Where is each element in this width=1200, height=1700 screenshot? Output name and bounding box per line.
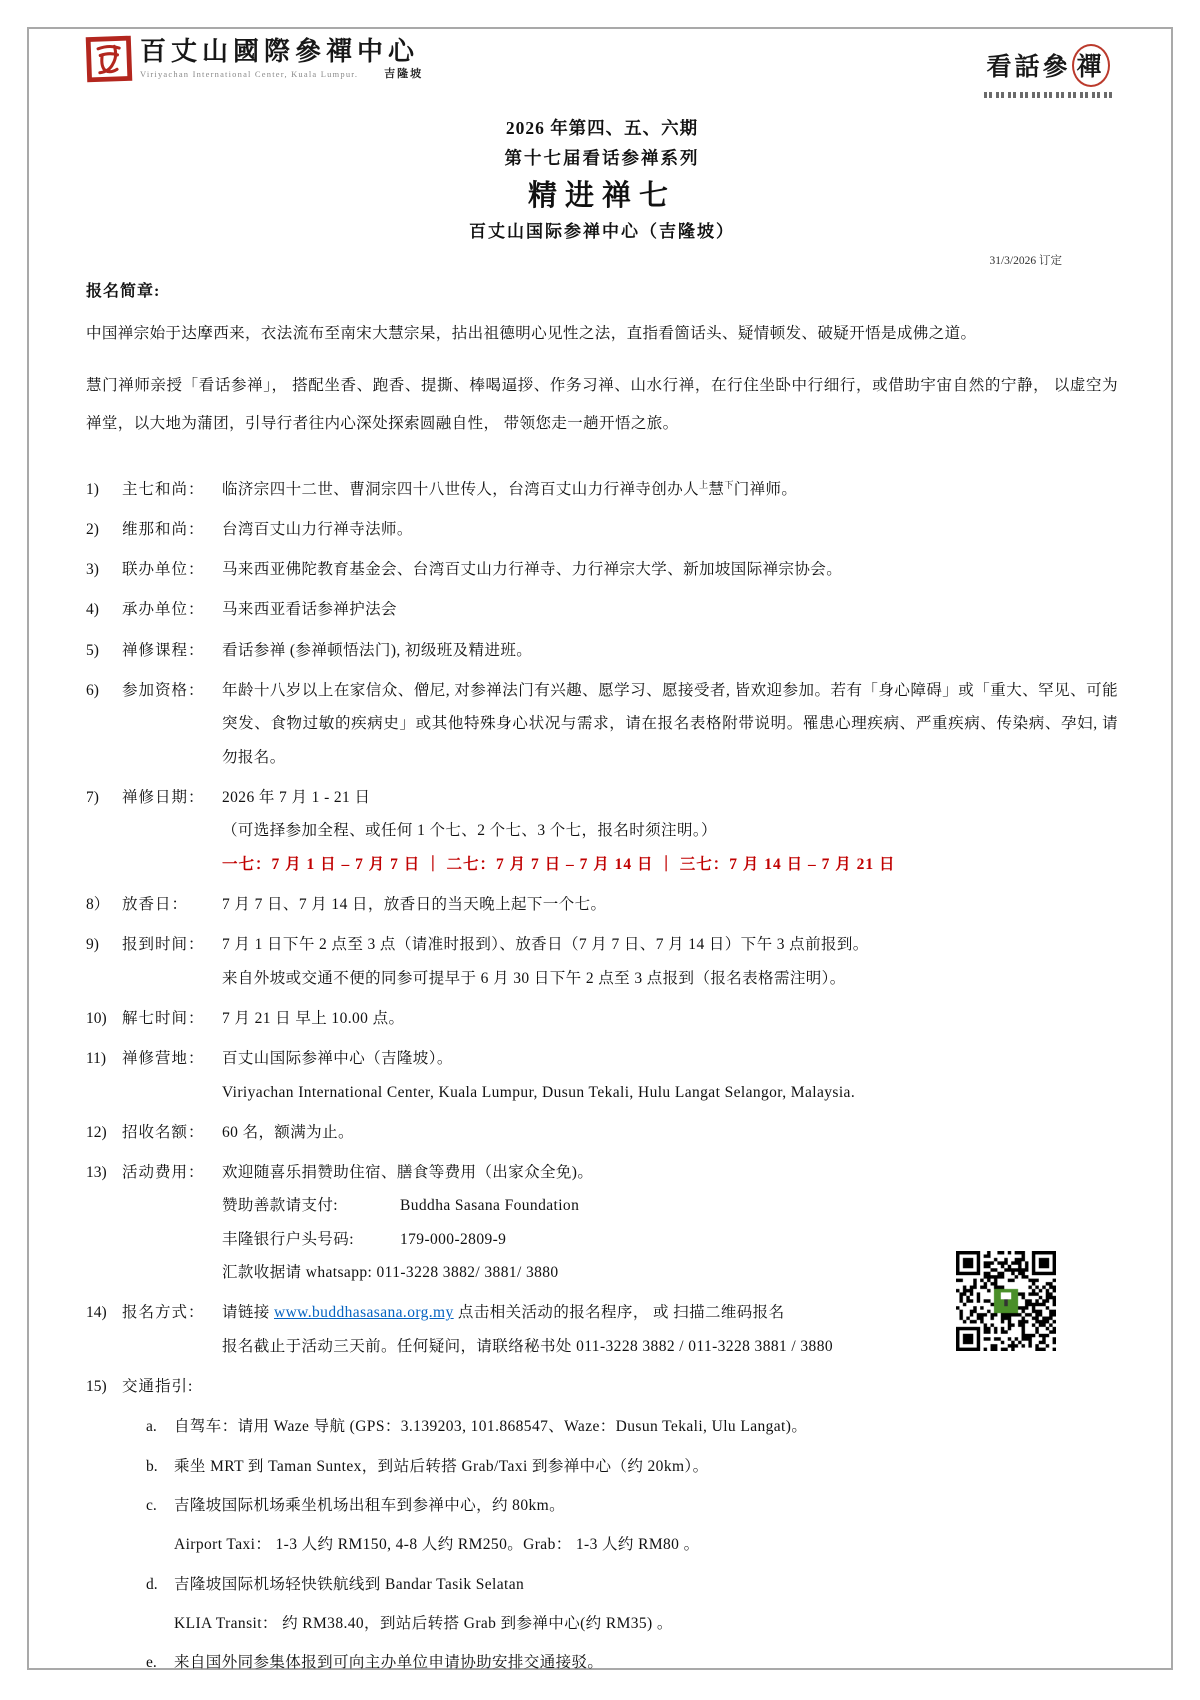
item-label: 活动费用： xyxy=(122,1156,222,1189)
item-number: 11) xyxy=(86,1042,122,1075)
transport-sub-list: a. 自驾车：请用 Waze 导航 (GPS：3.139203, 101.868… xyxy=(146,1410,1118,1679)
item-number: 15) xyxy=(86,1370,122,1403)
sub-item-marker: d. xyxy=(146,1568,174,1601)
info-list: 1) 主七和尚： 临济宗四十二世、曹洞宗四十八世传人，台湾百丈山力行禅寺创办人上… xyxy=(86,473,1118,1680)
item-content: 7 月 1 日下午 2 点至 3 点（请准时报到）、放香日（7 月 7 日、7 … xyxy=(222,928,1118,995)
item-label: 报名方式： xyxy=(122,1296,222,1329)
item-content: 临济宗四十二世、曹洞宗四十八世传人，台湾百丈山力行禅寺创办人上慧下门禅师。 xyxy=(222,473,1118,506)
item-label: 交通指引: xyxy=(122,1370,193,1403)
item-label: 禅修课程： xyxy=(122,634,222,667)
item-content: 台湾百丈山力行禅寺法师。 xyxy=(222,513,1118,546)
payee-label: 赞助善款请支付: xyxy=(222,1189,400,1222)
list-item: 15) 交通指引: xyxy=(86,1370,1118,1403)
header: 百丈山國際參禪中心 Viriyachan International Cente… xyxy=(86,36,1118,100)
title-series: 第十七届看话参禅系列 xyxy=(86,144,1118,174)
transport-item-e: e. 来自国外同参集体报到可向主办单位申请协助安排交通接驳。 xyxy=(146,1646,1118,1679)
page-content: 百丈山國際參禪中心 Viriyachan International Cente… xyxy=(28,28,1172,1669)
honorific-sup: 下 xyxy=(724,479,733,489)
item-content: 年龄十八岁以上在家信众、僧尼, 对参禅法门有兴趣、愿学习、愿接受者, 皆欢迎参加… xyxy=(222,674,1118,774)
item-number: 4) xyxy=(86,593,122,626)
list-item: 12) 招收名额： 60 名，额满为止。 xyxy=(86,1116,1118,1149)
org-location: 吉隆坡 xyxy=(384,65,423,81)
bank-account-number: 179-000-2809-9 xyxy=(400,1223,506,1256)
retreat-dates-note: （可选择参加全程、或任何 1 个七、2 个七、3 个七，报名时须注明。） xyxy=(222,814,1118,847)
item-number: 2) xyxy=(86,513,122,546)
title-block: 2026 年第四、五、六期 第十七届看话参禅系列 精进禅七 百丈山国际参禅中心（… xyxy=(86,114,1118,246)
item-number: 1) xyxy=(86,473,122,506)
org-logo: 百丈山國際參禪中心 Viriyachan International Cente… xyxy=(86,36,423,82)
transport-item-a: a. 自驾车：请用 Waze 导航 (GPS：3.139203, 101.868… xyxy=(146,1410,1118,1443)
revision-date: 31/3/2026 订定 xyxy=(86,252,1062,268)
registration-link[interactable]: www.buddhasasana.org.my xyxy=(274,1304,454,1321)
org-name-en: Viriyachan International Center, Kuala L… xyxy=(140,69,358,79)
list-item: 3) 联办单位： 马来西亚佛陀教育基金会、台湾百丈山力行禅寺、力行禅宗大学、新加… xyxy=(86,553,1118,586)
series-logo-circled-char: 禪 xyxy=(1072,44,1110,87)
seal-stamp-icon xyxy=(85,35,133,83)
sub-item-marker: b. xyxy=(146,1450,174,1483)
transport-item-c: c. 吉隆坡国际机场乘坐机场出租车到参禅中心，约 80km。 xyxy=(146,1489,1118,1522)
list-item: 8） 放香日： 7 月 7 日、7 月 14 日，放香日的当天晚上起下一个七。 xyxy=(86,888,1118,921)
item-number: 8） xyxy=(86,888,122,921)
retreat-dates: 2026 年 7 月 1 - 21 日 xyxy=(222,781,1118,814)
item-content: 马来西亚佛陀教育基金会、台湾百丈山力行禅寺、力行禅宗大学、新加坡国际禅宗协会。 xyxy=(222,553,1118,586)
item-content: 看话参禅 (参禅顿悟法门), 初级班及精进班。 xyxy=(222,634,1118,667)
item-label: 联办单位： xyxy=(122,553,222,586)
document-page: 百丈山國際參禪中心 Viriyachan International Cente… xyxy=(0,0,1200,1700)
section-heading: 报名简章: xyxy=(86,278,1118,301)
list-item: 9) 报到时间： 7 月 1 日下午 2 点至 3 点（请准时报到）、放香日（7… xyxy=(86,928,1118,995)
payee-name: Buddha Sasana Foundation xyxy=(400,1189,579,1222)
tagline-decoration xyxy=(984,92,1112,98)
list-item: 4) 承办单位： 马来西亚看话参禅护法会 xyxy=(86,593,1118,626)
item-label: 维那和尚： xyxy=(122,513,222,546)
transport-item-d-detail: KLIA Transit： 约 RM38.40，到站后转搭 Grab 到参禅中心… xyxy=(174,1607,1118,1640)
list-item: 2) 维那和尚： 台湾百丈山力行禅寺法师。 xyxy=(86,513,1118,546)
list-item: 10) 解七时间： 7 月 21 日 早上 10.00 点。 xyxy=(86,1002,1118,1035)
venue-name-zh: 百丈山国际参禅中心（吉隆坡）。 xyxy=(222,1042,1118,1075)
item-label: 招收名额： xyxy=(122,1116,222,1149)
item-number: 14) xyxy=(86,1296,122,1329)
item-label: 禅修营地： xyxy=(122,1042,222,1075)
transport-item-d: d. 吉隆坡国际机场轻快铁航线到 Bandar Tasik Selatan xyxy=(146,1568,1118,1601)
item-content: 马来西亚看话参禅护法会 xyxy=(222,593,1118,626)
transport-item-b: b. 乘坐 MRT 到 Taman Suntex，到站后转搭 Grab/Taxi… xyxy=(146,1450,1118,1483)
list-item: 5) 禅修课程： 看话参禅 (参禅顿悟法门), 初级班及精进班。 xyxy=(86,634,1118,667)
item-number: 13) xyxy=(86,1156,122,1189)
item-number: 12) xyxy=(86,1116,122,1149)
item-number: 5) xyxy=(86,634,122,667)
retreat-schedule-highlight: 一七：7 月 1 日 – 7 月 7 日 ｜ 二七：7 月 7 日 – 7 月 … xyxy=(222,848,1118,881)
sub-item-marker: c. xyxy=(146,1489,174,1522)
qr-code xyxy=(956,1251,1056,1351)
list-item: 7) 禅修日期： 2026 年 7 月 1 - 21 日 （可选择参加全程、或任… xyxy=(86,781,1118,881)
item-content: 7 月 21 日 早上 10.00 点。 xyxy=(222,1002,1118,1035)
item-number: 9) xyxy=(86,928,122,961)
venue-address-en: Viriyachan International Center, Kuala L… xyxy=(222,1076,1118,1109)
series-logo: 看話參禪 xyxy=(984,44,1112,98)
sub-item-marker: e. xyxy=(146,1646,174,1679)
item-content: 百丈山国际参禅中心（吉隆坡）。 Viriyachan International… xyxy=(222,1042,1118,1109)
item-content: 60 名，额满为止。 xyxy=(222,1116,1118,1149)
honorific-sup: 上 xyxy=(699,479,708,489)
list-item: 11) 禅修营地： 百丈山国际参禅中心（吉隆坡）。 Viriyachan Int… xyxy=(86,1042,1118,1109)
bank-account-label: 丰隆银行户头号码: xyxy=(222,1223,400,1256)
title-main: 精进禅七 xyxy=(86,174,1118,219)
title-year-period: 2026 年第四、五、六期 xyxy=(86,114,1118,144)
item-number: 6) xyxy=(86,674,122,707)
title-venue: 百丈山国际参禅中心（吉隆坡） xyxy=(86,218,1118,245)
list-item: 1) 主七和尚： 临济宗四十二世、曹洞宗四十八世传人，台湾百丈山力行禅寺创办人上… xyxy=(86,473,1118,506)
org-name-zh: 百丈山國際參禪中心 xyxy=(140,36,423,67)
intro-paragraph-2: 慧门禅师亲授「看话参禅」， 搭配坐香、跑香、提撕、棒喝逼拶、作务习禅、山水行禅，… xyxy=(86,367,1118,443)
item-label: 承办单位： xyxy=(122,593,222,626)
item-number: 10) xyxy=(86,1002,122,1035)
transport-item-c-detail: Airport Taxi： 1-3 人约 RM150, 4-8 人约 RM250… xyxy=(174,1528,1118,1561)
item-content: 2026 年 7 月 1 - 21 日 （可选择参加全程、或任何 1 个七、2 … xyxy=(222,781,1118,881)
item-content: 7 月 7 日、7 月 14 日，放香日的当天晚上起下一个七。 xyxy=(222,888,1118,921)
item-number: 3) xyxy=(86,553,122,586)
item-label: 放香日： xyxy=(122,888,222,921)
item-label: 参加资格： xyxy=(122,674,222,707)
item-label: 解七时间： xyxy=(122,1002,222,1035)
item-label: 禅修日期： xyxy=(122,781,222,814)
item-label: 报到时间： xyxy=(122,928,222,961)
list-item: 6) 参加资格： 年龄十八岁以上在家信众、僧尼, 对参禅法门有兴趣、愿学习、愿接… xyxy=(86,674,1118,774)
sub-item-marker: a. xyxy=(146,1410,174,1443)
item-label: 主七和尚： xyxy=(122,473,222,506)
series-logo-text: 看話參 xyxy=(986,54,1070,81)
intro-paragraph-1: 中国禅宗始于达摩西来，衣法流布至南宋大慧宗杲，拈出祖德明心见性之法，直指看箇话头… xyxy=(86,315,1118,353)
item-number: 7) xyxy=(86,781,122,814)
